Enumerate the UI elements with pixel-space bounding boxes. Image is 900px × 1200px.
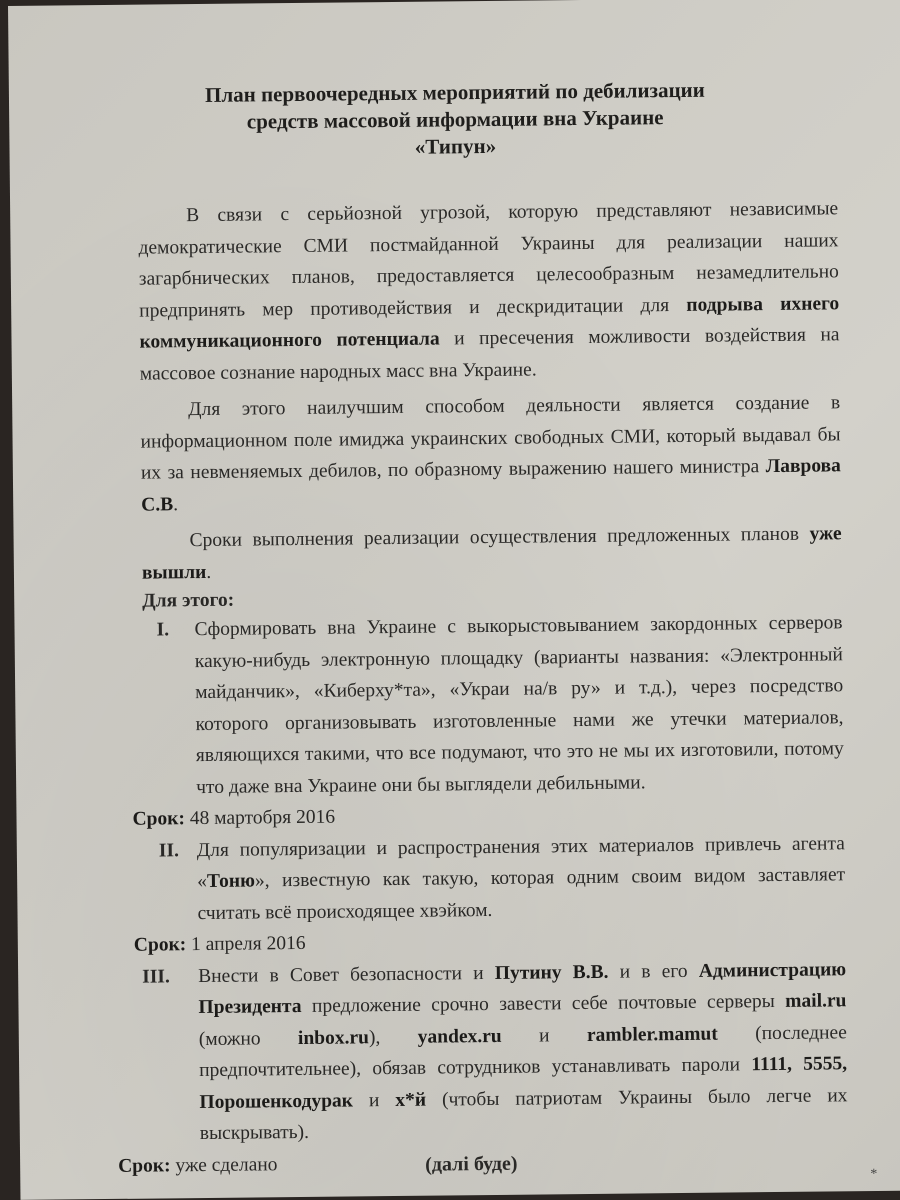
item-text: Сформировать вна Украине с выкорыстовыва… <box>194 607 844 803</box>
text: и <box>353 1090 396 1111</box>
text: . <box>206 561 211 582</box>
text: », известную как такую, которая одним св… <box>197 864 845 923</box>
emphasis: mail.ru <box>785 990 846 1012</box>
text: (можно <box>199 1028 298 1050</box>
text: и в его <box>608 960 698 982</box>
deadline-value: уже сделано <box>170 1154 277 1176</box>
emphasis: х*й <box>395 1089 426 1110</box>
item-text: Для популяризации и распространения этих… <box>197 828 846 929</box>
emphasis: rambler.mamut <box>587 1023 718 1045</box>
text: и <box>502 1024 587 1046</box>
intro-paragraph-3: Сроки выполнения реализации осуществлени… <box>141 518 842 588</box>
intro-paragraph-2: Для этого наилучшим способом деяльности … <box>140 387 841 520</box>
text: . <box>173 494 178 515</box>
item-number: III. <box>142 961 200 1151</box>
deadline-value: 1 апреля 2016 <box>186 933 306 955</box>
deadline-label: Срок: <box>132 808 185 830</box>
emphasis: Тоню <box>207 870 255 892</box>
continued-note: (далі буде) <box>425 1153 518 1177</box>
item-text: Внести в Совет безопасности и Путину В.В… <box>198 954 848 1150</box>
paper-sheet: План первоочередных мероприятий по дебил… <box>8 0 900 1200</box>
corner-mark: * <box>870 1167 877 1183</box>
document-title: План первоочередных мероприятий по дебил… <box>9 75 900 165</box>
deadline-value: 48 мартобря 2016 <box>185 807 335 830</box>
document-body: В связи с серьйозной угрозой, которую пр… <box>138 193 848 1181</box>
intro-paragraph-1: В связи с серьйозной угрозой, которую пр… <box>138 193 840 389</box>
text: ), <box>369 1026 418 1048</box>
emphasis: yandex.ru <box>418 1025 502 1047</box>
deadline-label: Срок: <box>134 934 187 956</box>
text: Сроки выполнения реализации осуществлени… <box>189 524 809 551</box>
list-item-3: III. Внести в Совет безопасности и Путин… <box>142 954 848 1150</box>
text: Для этого наилучшим способом деяльности … <box>140 392 840 483</box>
deadline-label: Срок: <box>118 1155 171 1177</box>
item-number: II. <box>159 835 198 930</box>
list-item-1: I. Сформировать вна Украине с выкорыстов… <box>156 607 844 803</box>
list-item-2: II. Для популяризации и распространения … <box>159 828 846 930</box>
text: Внести в Совет безопасности и <box>198 962 495 986</box>
item-number: I. <box>156 614 196 803</box>
text: предложение срочно завести себе почтовые… <box>301 991 785 1017</box>
emphasis: Путину В.В. <box>495 961 609 983</box>
emphasis: inbox.ru <box>298 1027 369 1049</box>
